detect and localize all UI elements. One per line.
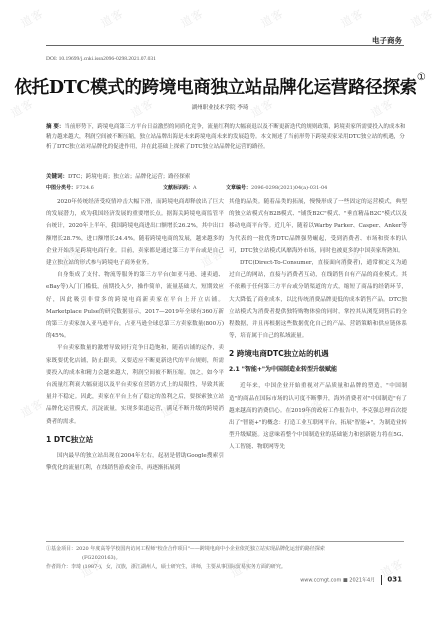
fund-footnote-code: (FG2020163)。 — [46, 554, 406, 563]
article-title: 依托DTC模式的跨境电商独立站品牌化运营路径探索① — [0, 74, 440, 99]
title-footnote-mark: ① — [417, 72, 426, 83]
keywords-text: DTC；跨境电商；独立站；品牌化运营；路径探索 — [68, 174, 190, 180]
abstract-label: 摘 要： — [46, 124, 64, 130]
doc-code-label: 文献标识码： — [163, 185, 193, 191]
watermark: 道客 — [338, 5, 367, 31]
watermark: 道客 — [258, 5, 287, 31]
bullet-icon: ■ — [343, 578, 348, 584]
fund-footnote: ①基金项目：2020 年度高等学校国内访问工程师"校企合作项目"——跨境电商中小… — [46, 545, 406, 554]
section-heading-2: 2 跨境电商DTC独立站的机遇 — [229, 348, 407, 360]
doi: DOI: 10.19699/j.cnki.issn2096-0298.2021.… — [46, 56, 156, 62]
paragraph: DTC(Direct-To-Consumer，直接面向消费者)，通常被定义为通过… — [229, 257, 407, 342]
author-affiliation: 湖州职业技术学院 李琦 — [0, 103, 440, 111]
footnotes: ①基金项目：2020 年度高等学校国内访问工程师"校企合作项目"——跨境电商中小… — [46, 545, 406, 572]
paragraph: 2020年传统经济受疫情冲击大幅下滑，而跨境电商却释放出了巨大的发展潜力，成为我… — [46, 196, 224, 269]
journal-section-label: 电子商务 — [372, 35, 402, 46]
watermark: 道客 — [178, 5, 207, 31]
page-number: 031 — [387, 576, 402, 584]
watermark: 道客 — [18, 5, 47, 31]
footnote-rule — [46, 541, 404, 542]
clc-number: 中图分类号：F724.6 — [46, 184, 94, 191]
clc-value: F724.6 — [76, 185, 94, 191]
paragraph: 国内最早的独立站出现在2004年左右，起初是借助Google搜索引擎优化的流量红… — [46, 450, 224, 474]
abstract-text: 当前形势下，跨境电商第三方平台日益激烈的同质化竞争，流量红利的大幅衰退以及不断更… — [46, 124, 405, 150]
section-heading-1: 1 DTC独立站 — [46, 434, 224, 446]
paragraph: 其他的品类。随着品类的拓展，慢慢形成了一些固定的运营模式，典型的独立站模式有B2… — [229, 196, 407, 257]
article-no-value: 2096-0298(2021)04(a)-031-04 — [251, 185, 327, 191]
journal-site: www.ccmgt.com — [300, 578, 341, 584]
watermark: 道客 — [98, 5, 127, 31]
article-no-label: 文章编号： — [226, 185, 251, 191]
right-column: 其他的品类。随着品类的拓展，慢慢形成了一些固定的运营模式，典型的独立站模式有B2… — [229, 196, 407, 454]
left-column: 2020年传统经济受疫情冲击大幅下滑，而跨境电商却释放出了巨大的发展潜力，成为我… — [46, 196, 224, 474]
footer-divider — [381, 575, 382, 585]
keywords: 关键词：DTC；跨境电商；独立站；品牌化运营；路径探索 — [46, 172, 406, 180]
subsection-heading-2-1: 2.1 "智能+"为中国制造业转型升级赋能 — [229, 364, 407, 376]
keywords-label: 关键词： — [46, 174, 68, 180]
clc-label: 中图分类号： — [46, 185, 76, 191]
doc-code-value: A — [193, 185, 197, 191]
issue-date: 2021年4月 — [349, 578, 375, 584]
paragraph: 自身集成了支付、物流等服务的第三方平台(如亚马逊、速卖通、eBay等)入门门槛低… — [46, 269, 224, 342]
paragraph: 近年来，中国企业开始重视对产品质量和品牌的塑造，"中国制造"的商品在国际市场的认… — [229, 380, 407, 453]
abstract: 摘 要：当前形势下，跨境电商第三方平台日益激烈的同质化竞争，流量红利的大幅衰退以… — [46, 122, 406, 152]
title-text: 依托DTC模式的跨境电商独立站品牌化运营路径探索 — [14, 78, 416, 98]
document-code: 文献标识码：A — [163, 184, 197, 191]
article-number: 文章编号：2096-0298(2021)04(a)-031-04 — [226, 184, 327, 191]
page-footer: www.ccmgt.com ■ 2021年4月 031 — [300, 575, 402, 585]
header-rule — [46, 45, 404, 46]
author-bio: 作者简介：李琦 (1987-)，女，汉族，浙江湖州人，硕士研究生，讲师，主要从事… — [46, 563, 406, 572]
watermark: 道客 — [18, 395, 47, 421]
watermark: 道客 — [408, 5, 437, 31]
paragraph: 平台卖家数量的激增导致同行竞争日趋饱和，随着店铺的运作，卖家既要优化店铺，防止跟… — [46, 342, 224, 427]
